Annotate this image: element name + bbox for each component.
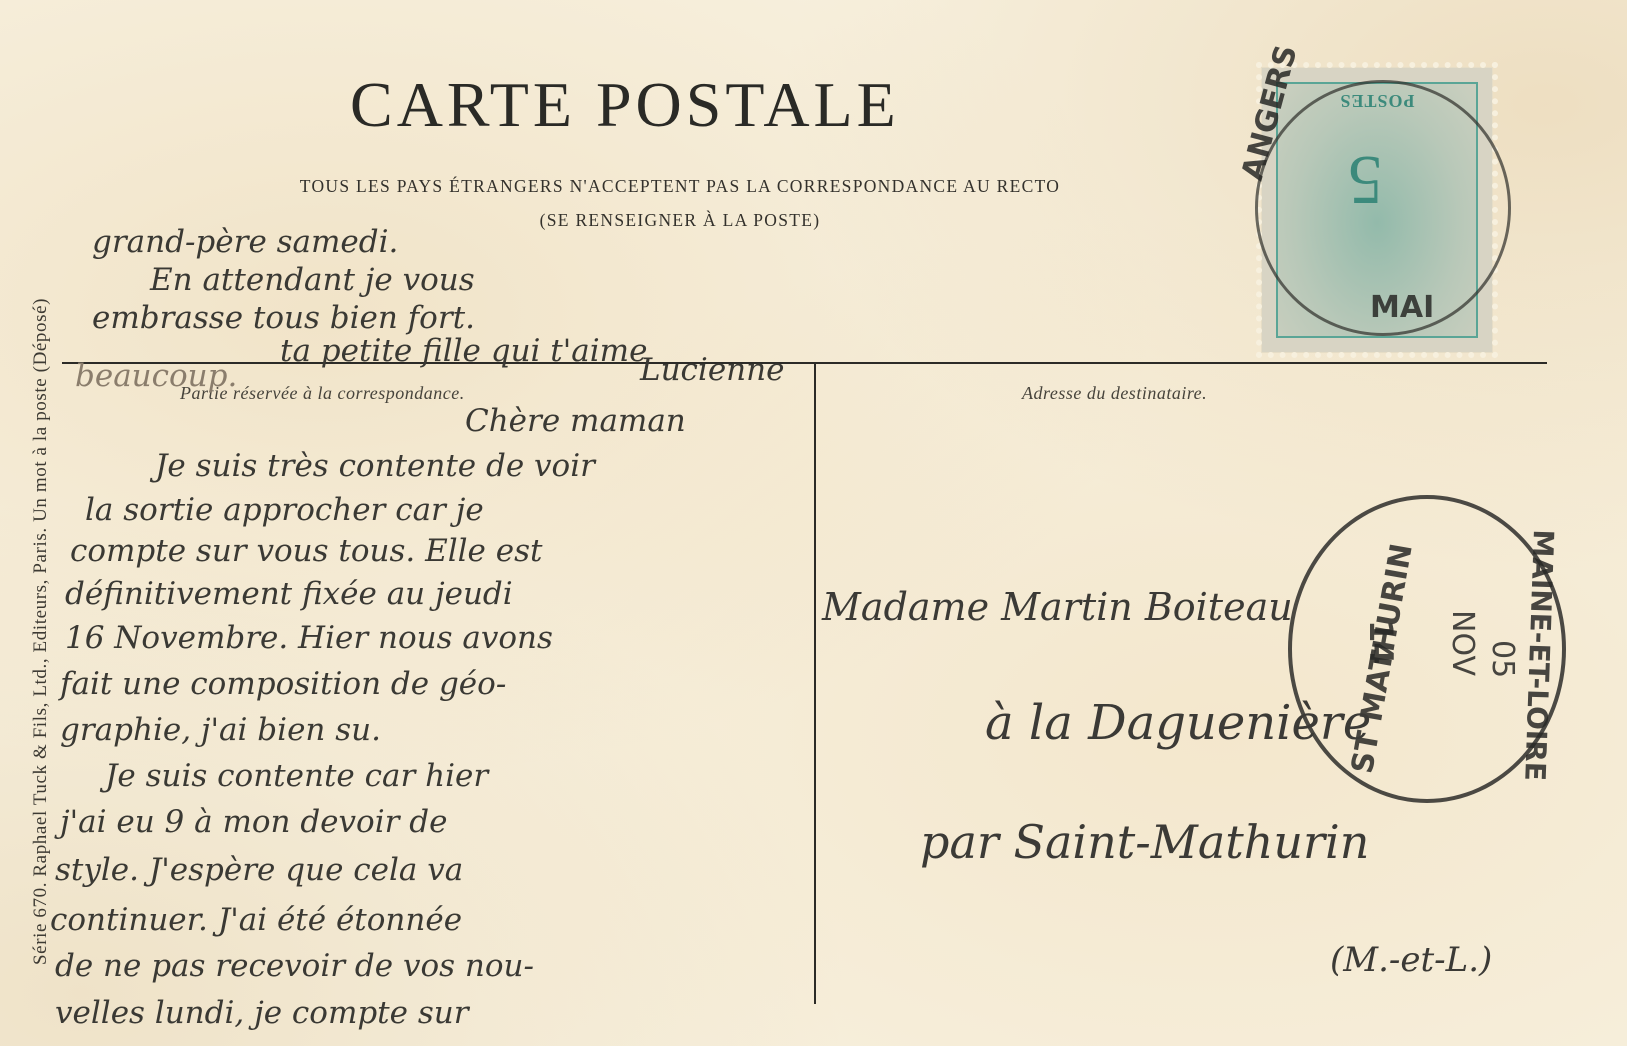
address-via: par Saint-Mathurin: [920, 815, 1369, 869]
message-line: 16 Novembre. Hier nous avons: [65, 620, 553, 656]
message-line: définitivement fixée au jeudi: [65, 576, 513, 612]
message-line: graphie, j'ai bien su.: [60, 712, 381, 748]
message-line: de ne pas recevoir de vos nou-: [55, 948, 534, 984]
message-signature: Lucienne: [640, 352, 784, 388]
message-line: fait une composition de géo-: [60, 666, 506, 702]
message-line: compte sur vous tous. Elle est: [70, 533, 542, 569]
address-label: Adresse du destinataire.: [1022, 383, 1207, 404]
message-line: style. J'espère que cela va: [55, 852, 463, 888]
postmark-month: NOV: [1445, 610, 1480, 676]
message-header-line: grand-père samedi.: [92, 224, 398, 260]
publisher-imprint: Série 670. Raphael Tuck & Fils, Ltd., Ed…: [30, 298, 52, 965]
message-line: velles lundi, je compte sur: [55, 995, 469, 1031]
message-line: j'ai eu 9 à mon devoir de: [60, 804, 448, 840]
postmark-year: 05: [1485, 640, 1520, 678]
postcard-back: CARTE POSTALE TOUS LES PAYS ÉTRANGERS N'…: [0, 0, 1627, 1046]
message-line: Je suis très contente de voir: [155, 448, 595, 484]
postmark-day: 14: [1362, 620, 1400, 665]
message-line: la sortie approcher car je: [85, 492, 484, 528]
address-place: à la Daguenière: [985, 695, 1371, 751]
postcard-title: CARTE POSTALE: [350, 68, 1010, 142]
message-header-line: embrasse tous bien fort.: [92, 300, 475, 336]
foreign-notice: TOUS LES PAYS ÉTRANGERS N'ACCEPTENT PAS …: [160, 176, 1200, 197]
message-salutation: Chère maman: [465, 403, 686, 439]
address-recipient: Madame Martin Boiteau: [822, 585, 1293, 629]
message-header-line: En attendant je vous: [150, 262, 475, 298]
message-line: Je suis contente car hier: [105, 758, 488, 794]
address-department: (M.-et-L.): [1330, 940, 1492, 980]
vertical-divider: [814, 364, 816, 1004]
message-header-line: beaucoup.: [75, 358, 237, 394]
message-header-line: ta petite fille qui t'aime: [280, 333, 647, 369]
message-line: continuer. J'ai été étonnée: [50, 902, 462, 938]
cancel-month: MAI: [1370, 290, 1434, 325]
